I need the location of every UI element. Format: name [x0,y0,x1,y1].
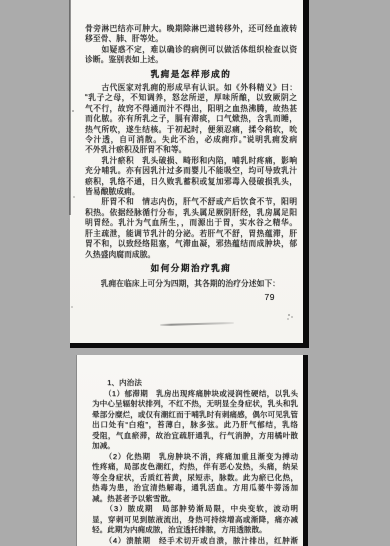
text-line: 晕部分糜烂，或仅有潮红而于哺乳时有刺痛感，偶尔可见乳管 [92,410,298,421]
text-line: 古代医家对乳痈的形成早有认识。如《外科精义》曰： [85,83,297,93]
paragraph-formation-causes: 古代医家对乳痈的形成早有认识。如《外科精义》曰：“乳子之母，不知调养，怒忿所逆，… [85,83,297,260]
text-line: 显，穿刺可见到脓液流出，身热可持续增高或渐降，痛亦减 [92,515,298,526]
book-page-left: 骨旁淋巴结亦可肿大。晚期除淋巴道转移外，还可经血液转移至骨、肺、肝等处。 如疑惑… [70,0,309,348]
text-line: 等全身症状，舌质红苔黄，尿短赤，脉数。此为瘀已化热， [92,473,298,484]
text-line: 热毒为患，治宜清热解毒，通乳活血。方用瓜蒌牛蒡汤加 [92,483,298,494]
text-line: （2）化热期 乳房肿块不消，疼痛加重且渐变为搏动 [92,452,298,463]
text-line: 为中心呈辐射状排列，不红不热，无明显全身症状，乳头和乳 [92,399,298,410]
text-line: 令汁透，自可消散。失此不治，必成痈疖。”说明乳痈发病 [85,135,297,145]
text-line: 皆易酿脓成痈。 [85,187,297,197]
text-line: “乳子之母，不知调养，怒忿所逆，厚味所酿，以致厥阴之 [85,93,297,103]
text-line: 久热盛肉腐而成脓。 [85,250,297,260]
text-line: 受阻，气血瘀滞，故治宜疏肝通乳，行气消肿，方用橘叶散 [92,431,298,442]
text-line: 加减。 [92,441,298,452]
text-line: 充分哺乳。亦有因乳汁过多而婴儿不能吸空，均可导致乳汁 [85,166,297,176]
page-left-edge-shadow [76,355,77,546]
text-line: （4）溃脓期 经手术切开或自溃，脓汁排出，红肿渐 [92,536,298,546]
text-line: 明胃经。乳汁为气血所生，，而源出于胃，实水谷之精华。 [85,218,297,228]
text-line: 积热。依据经脉循行分布，乳头属足厥阴肝经，乳房属足阳 [85,208,297,218]
text-line: 诊断。鉴别表如上述。 [85,55,297,65]
text-line: 减。热甚者予以紫雪散。 [92,494,298,505]
text-line: 胃不和，以致经络阻塞，气滞血凝，邪热蕴结而成肿块，郁 [85,239,297,249]
text-line: 气不行，故窍不得通而汁不得出，阳明之血热沸腾，故热甚 [85,104,297,114]
paragraph-internal-treatment-stages: 1、内治法 （1）郁滞期 乳房出现疼痛肿块或浸润性硬结，以乳头为中心呈辐射状排列… [92,378,298,546]
text-line: 轻。此期为内痈成脓，治宜透托排脓，方用透脓散。 [92,525,298,536]
page-left-edge-shadow [69,0,71,215]
text-line: （3）脓成期 局部肿势渐局限，中央变软，波动明 [92,504,298,515]
scan-speck [72,110,74,112]
text-line: 移至骨、肺、肝等处。 [85,34,297,44]
scan-speck [288,314,290,316]
text-line: 肝主疏泄，能调节乳汁的分泌。若肝气不舒，胃热蕴滞，肝 [85,229,297,239]
text-line: 性疼痛，局部皮色潮红，灼热，伴有恶心发热，头痛，纳呆 [92,462,298,473]
text-line: 乳痈在临床上可分为四期，其各期的治疗分述如下： [85,279,297,289]
text-line: （1）郁滞期 乳房出现疼痛肿块或浸润性硬结，以乳头 [92,389,298,400]
text-line: 瘀积，乳络不通，日久败乳蓄积或复加邪毒入侵破损乳头， [85,177,297,187]
text-line: 肝胃不和 情志内伤，肝气不舒或产后饮食不节，阳明 [85,197,297,207]
text-line: 而化脓。亦有所乳之子，膈有滞痰，口气焮热，含乳而睡， [85,114,297,124]
section-heading-staged-treatment: 如何分期治疗乳痈 [85,262,297,274]
text-line: 热气所吹，遂生结核。于初起时，便须忍痛，揉令稍软，吮 [85,125,297,135]
text-line: 如疑惑不定，难以确诊的病例可以做活体组织检查以资 [85,45,297,55]
pencil-mark [160,322,234,326]
book-page-right: 1、内治法 （1）郁滞期 乳房出现疼痛肿块或浸润性硬结，以乳头为中心呈辐射状排列… [77,355,308,546]
text-line: 乳汁瘀积 乳头破损、畸形和内陷，哺乳时疼痛，影响 [85,156,297,166]
text-line: 不外乳汁瘀积及肝胃不和等。 [85,145,297,155]
section-heading-how-mastitis-forms: 乳痈是怎样形成的 [85,68,297,80]
page-number: 79 [85,292,275,302]
text-line: 1、内治法 [92,378,298,389]
paragraph-lymph-metastasis: 骨旁淋巴结亦可肿大。晚期除淋巴道转移外，还可经血液转移至骨、肺、肝等处。 如疑惑… [85,24,297,66]
text-line: 出口处有“白疱”，苔薄白，脉多弦。此乃肝气郁结，乳络 [92,420,298,431]
scanned-document-background: { "page1": { "para_top": [ "骨旁淋巴结亦可肿大。晚期… [0,0,390,546]
paragraph-four-stages-intro: 乳痈在临床上可分为四期，其各期的治疗分述如下： [85,279,297,289]
text-line: 骨旁淋巴结亦可肿大。晚期除淋巴道转移外，还可经血液转 [85,24,297,34]
